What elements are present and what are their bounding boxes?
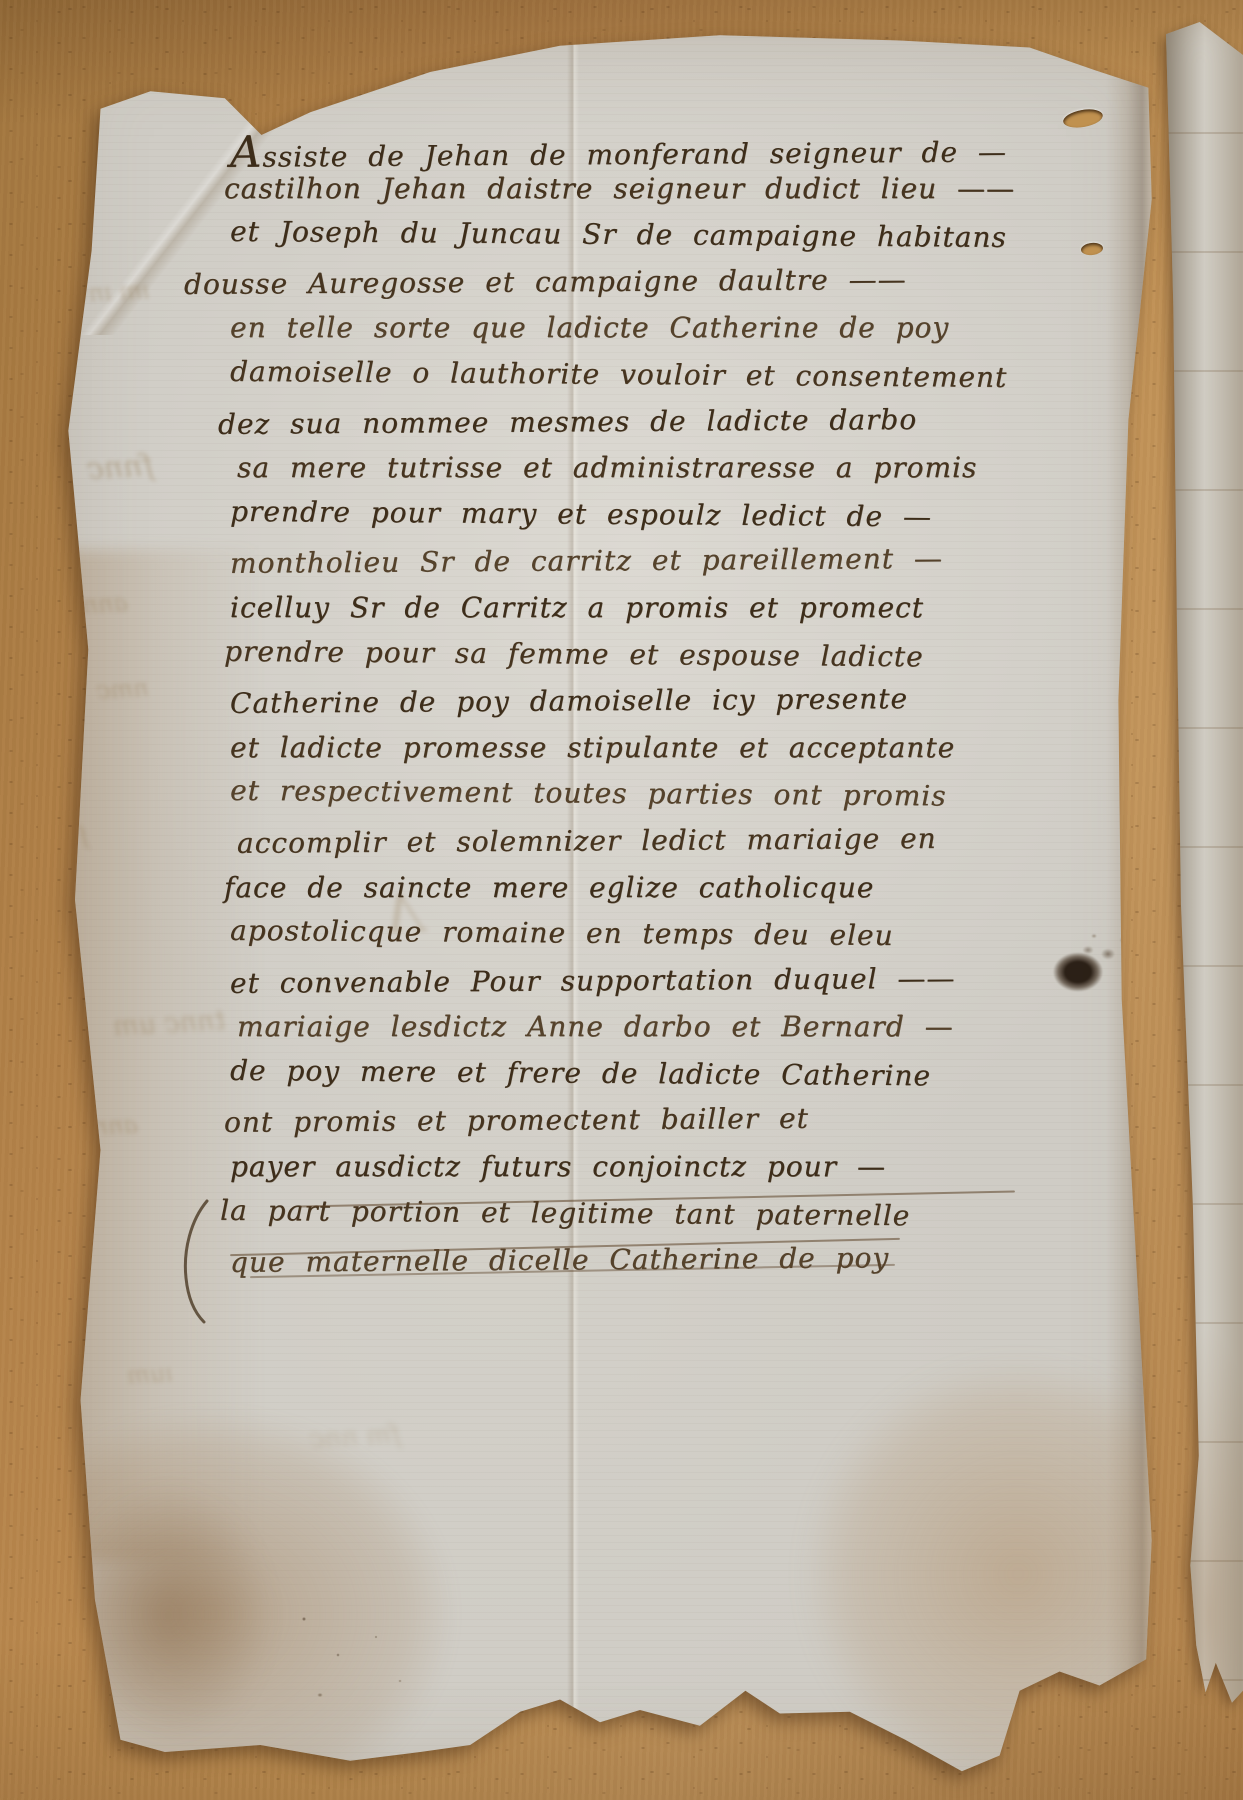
manuscript-line: de poy mere et frere de ladicte Catherin…	[230, 1054, 1040, 1107]
paper-hole	[1062, 107, 1104, 131]
main-sheet-wrapper: ım ınv fnnc Λ annc nmc ſ tnnc um anrc ıu…	[55, 30, 1165, 1780]
manuscript-line: et ladicte promesse stipulante et accept…	[230, 731, 1040, 778]
manuscript-line: et convenable Pour supportation duquel —…	[230, 961, 1040, 1013]
ink-speck-cluster	[280, 1585, 450, 1735]
second-manuscript-sheet	[1158, 15, 1243, 1755]
manuscript-line: icelluy Sr de Carritz a promis et promec…	[230, 591, 1040, 638]
manuscript-line: ont promis et promectent bailler et	[224, 1101, 1040, 1153]
manuscript-line: en telle sorte que ladicte Catherine de …	[230, 311, 1040, 358]
manuscript-line: dousse Auregosse et campaigne daultre ——	[184, 262, 1040, 315]
manuscript-line: damoiselle o lauthorite vouloir et conse…	[230, 355, 1040, 408]
manuscript-line: la part portion et legitime tant paterne…	[220, 1193, 1040, 1246]
show-through-mark: ſ	[78, 822, 88, 850]
manuscript-line: face de saincte mere eglize catholicque	[224, 871, 1040, 918]
show-through-mark: tnnc um	[112, 1005, 226, 1042]
handwritten-text-block: Assiste de Jehan de monferand seigneur d…	[230, 125, 1040, 1290]
manuscript-line: Catherine de poy damoiselle icy presente	[230, 681, 1040, 733]
show-through-mark: annc	[68, 588, 128, 619]
manuscript-line: que maternelle dicelle Catherine de poy	[230, 1240, 1040, 1292]
manuscript-page: ım ınv fnnc Λ annc nmc ſ tnnc um anrc ıu…	[55, 30, 1165, 1780]
margin-brace-mark	[177, 1198, 217, 1328]
show-through-mark: ıum	[126, 1359, 173, 1389]
show-through-mark: ım ınv	[74, 276, 150, 308]
second-sheet-wrapper	[1158, 15, 1243, 1755]
manuscript-line: castilhon Jehan daistre seigneur dudict …	[224, 172, 1040, 219]
manuscript-line: sa mere tutrisse et administraresse a pr…	[237, 451, 1040, 498]
paper-hole	[1080, 242, 1103, 256]
manuscript-line: montholieu Sr de carritz et pareillement…	[230, 542, 1040, 594]
manuscript-line: accomplir et solemnizer ledict mariaige …	[237, 821, 1040, 873]
manuscript-line: apostolicque romaine en temps deu eleu	[230, 914, 1040, 967]
ink-blot	[1030, 910, 1170, 1025]
manuscript-line: prendre pour mary et espoulz ledict de —	[230, 495, 1040, 548]
manuscript-line: Assiste de Jehan de monferand seigneur d…	[230, 122, 1040, 174]
manuscript-line: prendre pour sa femme et espouse ladicte	[224, 634, 1040, 687]
manuscript-line: dez sua nommee mesmes de ladicte darbo	[218, 402, 1040, 454]
show-through-mark: nmc	[96, 674, 149, 705]
bottom-left-dark-stain	[63, 1485, 273, 1745]
show-through-mark: fnnc	[86, 448, 154, 486]
show-through-mark: fm nnc	[309, 1420, 401, 1455]
manuscript-line: et respectivement toutes parties ont pro…	[230, 774, 1040, 827]
manuscript-line: payer ausdictz futurs conjoinctz pour —	[230, 1150, 1040, 1197]
manuscript-line: mariaige lesdictz Anne darbo et Bernard …	[237, 1010, 1040, 1057]
show-through-mark: anrc	[82, 1111, 138, 1142]
bottom-right-stain	[730, 1310, 1210, 1790]
manuscript-line: et Joseph du Juncau Sr de campaigne habi…	[230, 215, 1040, 268]
manuscript-photo-scene: ım ınv fnnc Λ annc nmc ſ tnnc um anrc ıu…	[0, 0, 1243, 1800]
